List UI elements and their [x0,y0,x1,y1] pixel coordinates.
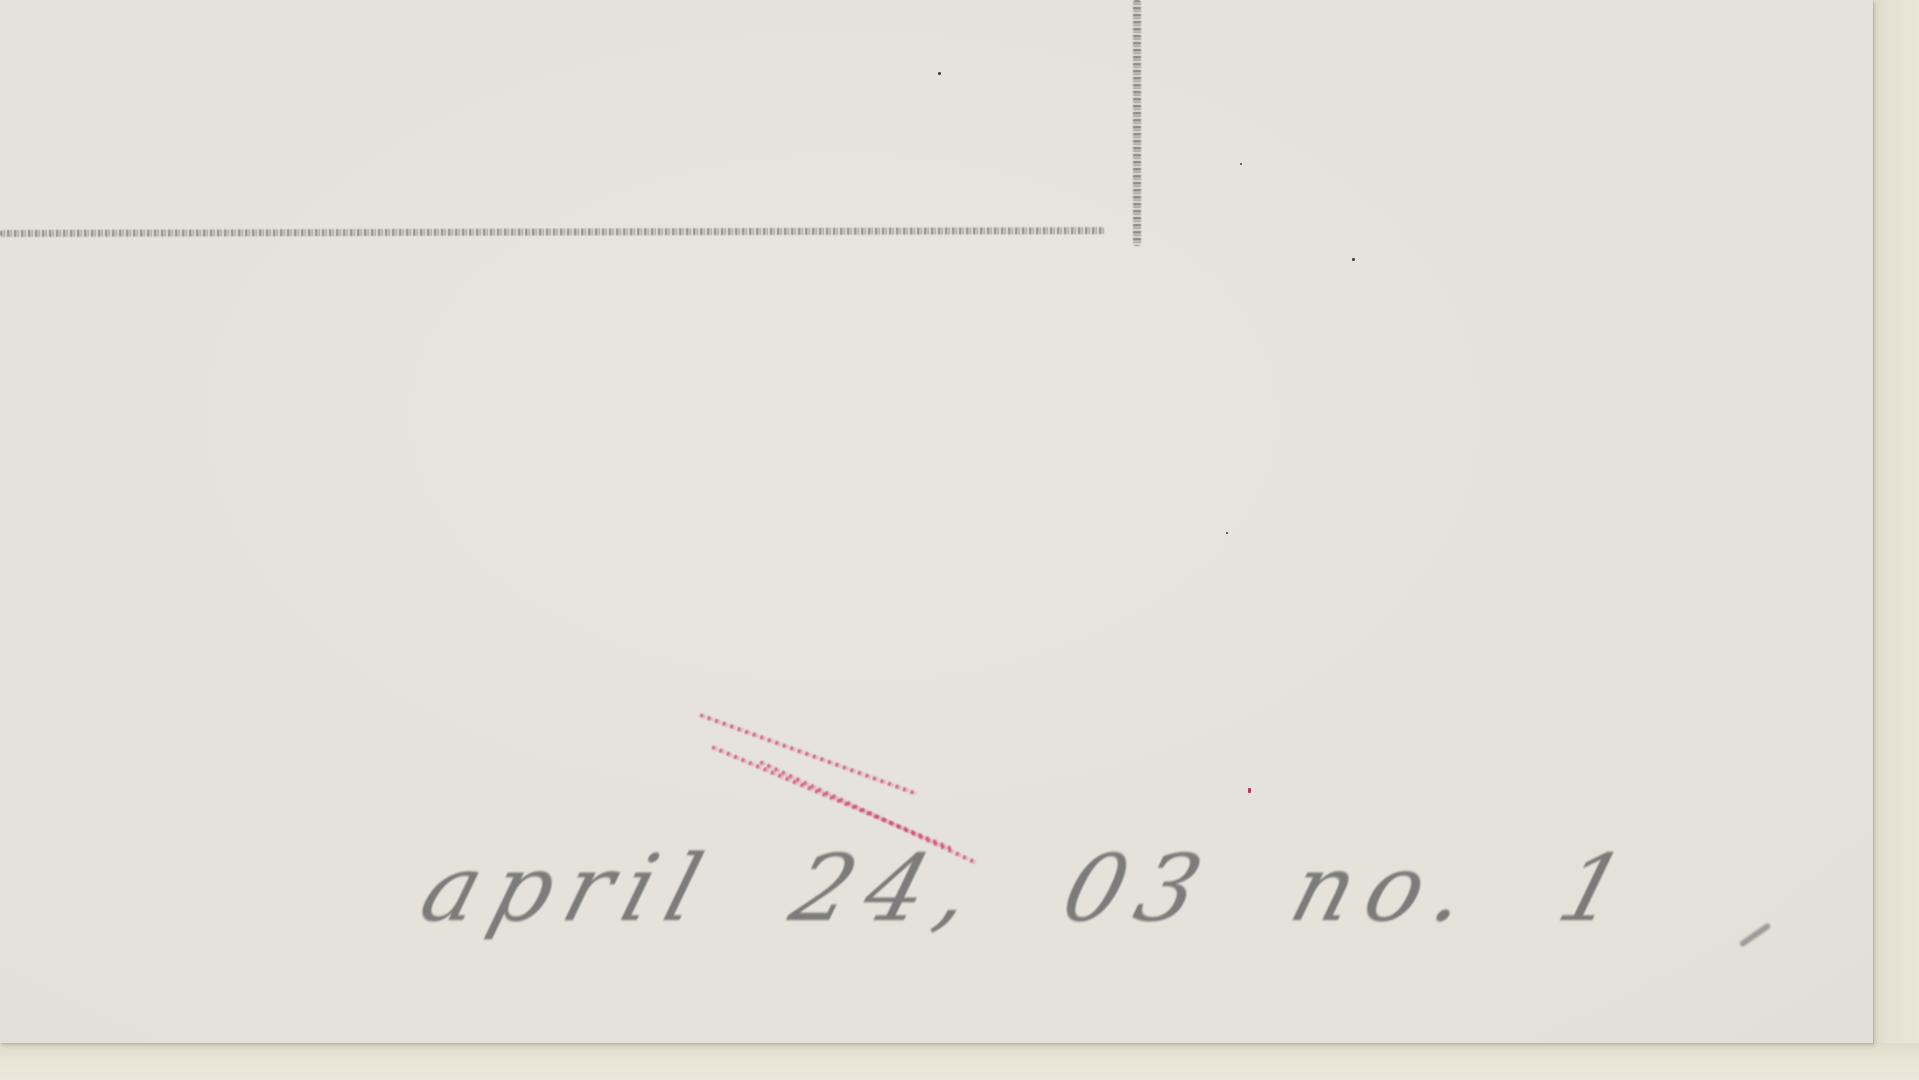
mat-edge-right [1873,0,1919,1080]
pencil-horizontal-line [0,227,1105,237]
pencil-vertical-line [1133,0,1141,246]
pencil-smudge [1739,922,1772,948]
paper-sheet: april 24, 03 no. 1 [0,0,1873,1043]
paper-speck [938,72,941,75]
mat-edge-bottom [0,1043,1919,1080]
artwork-photo: april 24, 03 no. 1 [0,0,1919,1080]
paper-speck [1226,532,1228,534]
paper-speck [1240,163,1242,165]
handwritten-inscription: april 24, 03 no. 1 [410,835,1650,942]
paper-speck [1352,258,1355,261]
red-crayon-dot [1248,788,1251,793]
